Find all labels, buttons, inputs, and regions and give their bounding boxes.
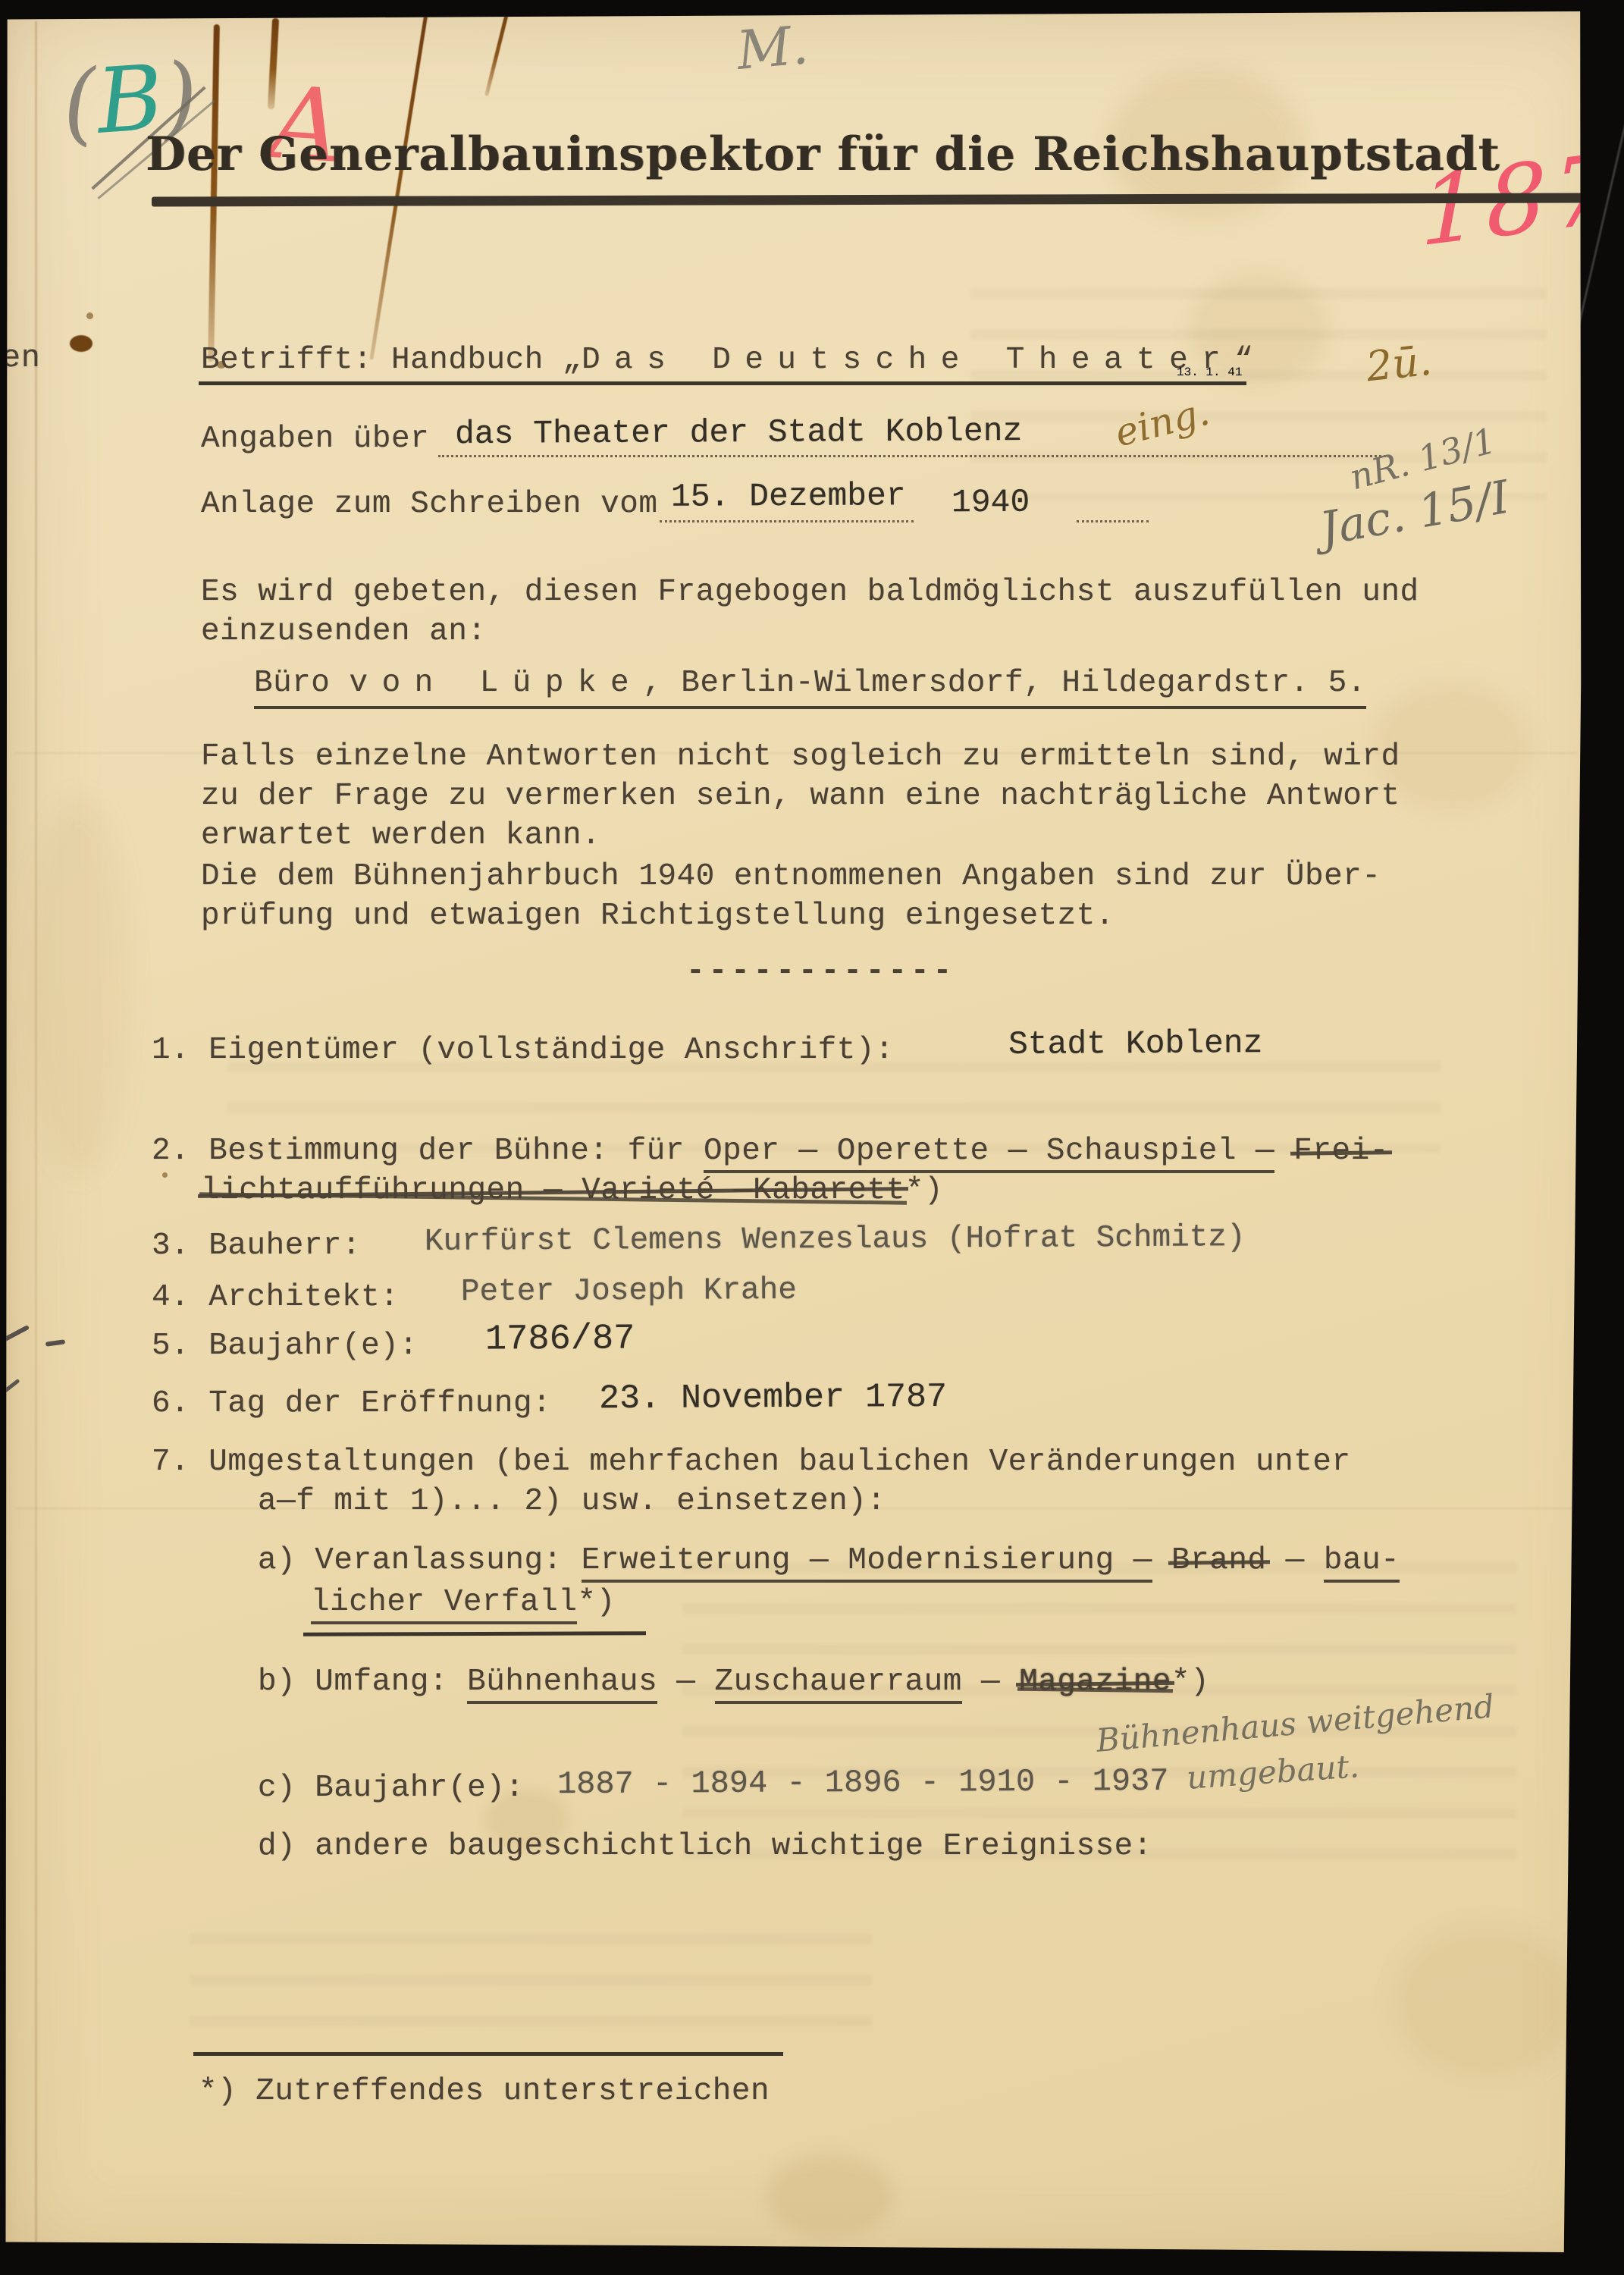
- scanned-document: { "header": { "title": "Der Generalbauin…: [0, 0, 1624, 2275]
- angaben-value: das Theater der Stadt Koblenz: [455, 413, 1023, 453]
- fill-in-dotted-line: [1077, 520, 1149, 522]
- item-7b-line: b) Umfang: Bühnenhaus — Zuschauerraum — …: [258, 1665, 1209, 1699]
- item-7-line2: a—f mit 1)... 2) usw. einsetzen):: [258, 1484, 886, 1519]
- ink-eing-note: eing.: [1111, 390, 1214, 456]
- item-2-struck-options: lichtaufführungen — Varieté —Kabarett: [201, 1173, 905, 1208]
- footnote-text: *) Zutreffendes unterstreichen: [199, 2074, 770, 2109]
- item-6-value: 23. November 1787: [599, 1378, 947, 1418]
- address-line: Büro von Lüpke, Berlin-Wilmersdorf, Hild…: [254, 666, 1366, 701]
- body-line: einzusenden an:: [201, 614, 487, 649]
- body-line: prüfung und etwaigen Richtigstellung ein…: [201, 899, 1115, 934]
- ink-drip: [208, 24, 220, 362]
- body-line: Die dem Bühnenjahrbuch 1940 entnommenen …: [201, 859, 1381, 894]
- item-7a-line2: licher Verfall*): [311, 1585, 616, 1620]
- item-7a-underlined-options: Erweiterung — Modernisierung —: [582, 1543, 1152, 1583]
- anlage-year-value: 1940: [952, 484, 1030, 522]
- body-line: Falls einzelne Antworten nicht sogleich …: [201, 739, 1400, 774]
- address-suffix: , Berlin-Wilmersdorf, Hildegardstr. 5.: [643, 666, 1366, 701]
- item-7a-dash: —: [1267, 1543, 1324, 1578]
- address-spaced-name: von Lüpke: [350, 666, 644, 701]
- letterhead-underline: [152, 193, 1583, 207]
- item-7c-value: 1887 - 1894 - 1896 - 1910 - 1937: [557, 1763, 1169, 1803]
- fill-in-dotted-line: [438, 455, 1386, 457]
- ink-initials: 2ū.: [1364, 337, 1434, 391]
- item-7a-struck-option: Brand: [1171, 1543, 1267, 1578]
- item-5-value: 1786/87: [485, 1319, 635, 1360]
- subject-underline: [199, 381, 1246, 385]
- paper-stain: [1395, 1926, 1577, 2078]
- item-7b-struck-option: Magazine: [1019, 1665, 1171, 1699]
- body-line: zu der Frage zu vermerken sein, wann ein…: [201, 779, 1400, 814]
- item-7c-label: c) Baujahr(e):: [258, 1771, 524, 1806]
- subject-prefix: Betrifft: Handbuch „: [201, 343, 582, 378]
- item-4-value: Peter Joseph Krahe: [461, 1273, 797, 1310]
- paper-stain: [766, 2154, 895, 2237]
- item-7a-extra-underline: [303, 1631, 646, 1636]
- ink-speck: [162, 1172, 168, 1178]
- item-7b-underlined-option1: Bühnenhaus: [467, 1665, 657, 1704]
- bleedthrough-text: [190, 1934, 872, 2032]
- item-2-footnote-ref: *): [905, 1173, 943, 1208]
- date-stamp: 13. 1. 41: [1177, 366, 1242, 379]
- item-1-value: Stadt Koblenz: [1008, 1025, 1263, 1063]
- pencil-jac-number: Jac. 15/I: [1316, 471, 1513, 557]
- left-edge-pen-mark: [45, 1339, 66, 1347]
- document-page: (B) A M. 187 Der Generalbauinspektor für…: [0, 0, 1624, 2275]
- ink-blob: [70, 335, 92, 352]
- item-7a-footnote-ref: *): [577, 1585, 615, 1620]
- item-7a-underlined-option2: bau-: [1324, 1543, 1400, 1583]
- anlage-label: Anlage zum Schreiben vom: [201, 487, 658, 522]
- subject-spaced-title: Das Deutsche Theater: [582, 343, 1234, 378]
- item-7a-line2-underlined: licher Verfall: [311, 1585, 577, 1624]
- anlage-date-value: 15. Dezember: [671, 477, 906, 516]
- item-7a-prefix: a) Veranlassung:: [258, 1543, 582, 1578]
- item-2-line2: lichtaufführungen — Varieté —Kabarett*): [201, 1173, 943, 1208]
- item-3-value: Kurfürst Clemens Wenzeslaus (Hofrat Schm…: [425, 1220, 1246, 1260]
- item-4-label: 4. Architekt:: [152, 1280, 399, 1315]
- pencil-note-line2: umgebaut.: [1186, 1747, 1361, 1796]
- typed-divider: ------------: [686, 954, 955, 989]
- item-7d-label: d) andere baugeschichtlich wichtige Erei…: [258, 1829, 1152, 1864]
- item-2-prefix: 2. Bestimmung der Bühne: für: [152, 1134, 704, 1169]
- body-line: Es wird gebeten, diesen Fragebogen baldm…: [201, 575, 1419, 610]
- item-7b-underlined-option2: Zuschauerraum: [715, 1665, 962, 1704]
- footnote-rule: [193, 2052, 783, 2056]
- angaben-label: Angaben über: [201, 422, 429, 457]
- ink-speck: [86, 312, 93, 319]
- item-7-line1: 7. Umgestaltungen (bei mehrfachen baulic…: [152, 1445, 1351, 1480]
- item-7b-prefix: b) Umfang:: [258, 1665, 467, 1699]
- item-6-label: 6. Tag der Eröffnung:: [152, 1386, 551, 1421]
- pencil-m-mark: M.: [735, 14, 811, 82]
- item-2-underlined-options: Oper — Operette — Schauspiel —: [704, 1134, 1274, 1173]
- item-1-label: 1. Eigentümer (vollständige Anschrift):: [152, 1033, 894, 1068]
- body-line: erwartet werden kann.: [201, 818, 600, 853]
- left-edge-text-fragment: en: [2, 340, 40, 376]
- item-7a-line1: a) Veranlassung: Erweiterung — Modernisi…: [258, 1543, 1400, 1578]
- ink-drip: [369, 11, 428, 360]
- item-2-line1: 2. Bestimmung der Bühne: für Oper — Oper…: [152, 1134, 1389, 1169]
- office-letterhead-title: Der Generalbauinspektor für die Reichsha…: [146, 127, 1500, 181]
- item-5-label: 5. Baujahr(e):: [152, 1329, 418, 1363]
- paper-stain: [30, 796, 129, 1175]
- ink-drip: [484, 7, 510, 96]
- item-3-label: 3. Bauherr:: [152, 1228, 361, 1263]
- subject-line: Betrifft: Handbuch „Das Deutsche Theater…: [201, 343, 1253, 378]
- item-7b-footnote-ref: *): [1171, 1665, 1209, 1699]
- item-2-struck-option: Frei-: [1293, 1134, 1389, 1169]
- address-prefix: Büro: [254, 666, 350, 701]
- fill-in-dotted-line: [660, 520, 914, 522]
